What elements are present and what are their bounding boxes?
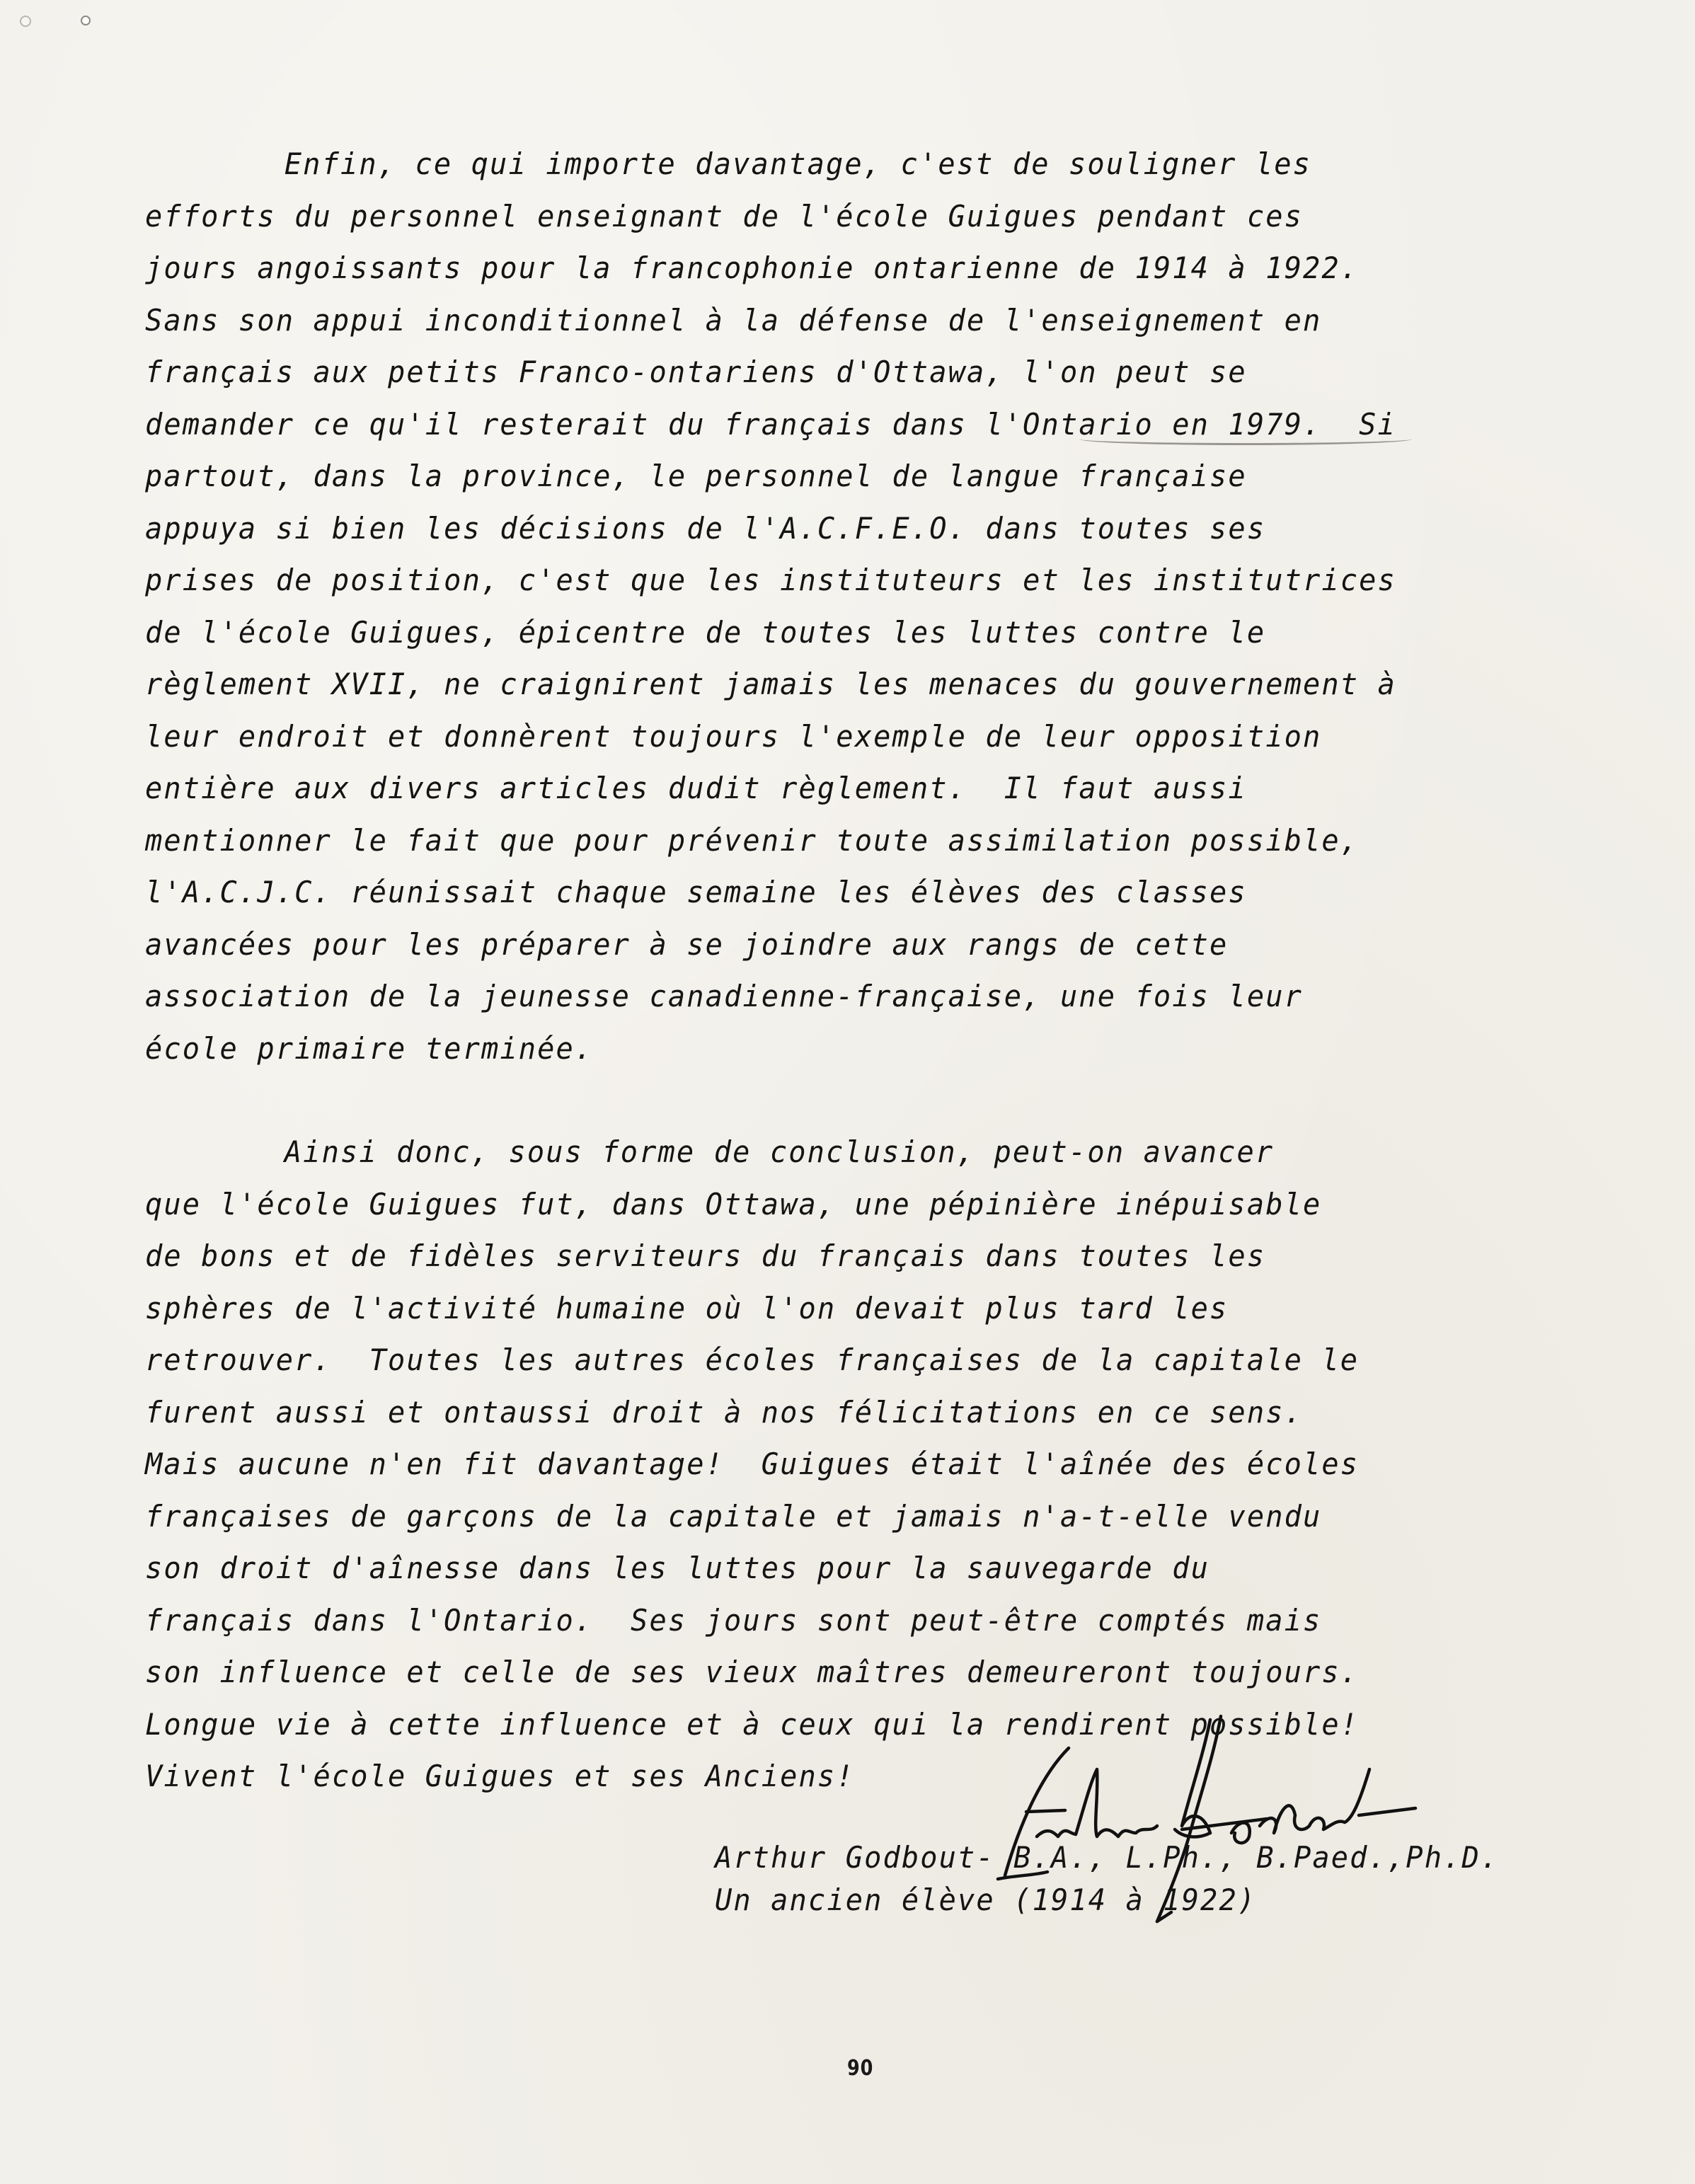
text-line: son droit d'aînesse dans les luttes pour… — [145, 1542, 1511, 1594]
text-line: avancées pour les préparer à se joindre … — [145, 919, 1511, 971]
text-line: efforts du personnel enseignant de l'éco… — [145, 190, 1511, 243]
text-line: association de la jeunesse canadienne-fr… — [145, 970, 1511, 1023]
author-note: Un ancien élève (1914 à 1922) — [715, 1879, 1499, 1921]
text-line: partout, dans la province, le personnel … — [145, 450, 1511, 502]
text-line: Ainsi donc, sous forme de conclusion, pe… — [145, 1126, 1511, 1178]
page-number: 90 — [847, 2056, 873, 2081]
text-line: sphères de l'activité humaine où l'on de… — [145, 1282, 1511, 1335]
paragraph-2: Ainsi donc, sous forme de conclusion, pe… — [145, 1126, 1511, 1803]
text-line: Enfin, ce qui importe davantage, c'est d… — [145, 138, 1511, 190]
text-line: appuya si bien les décisions de l'A.C.F.… — [145, 502, 1511, 555]
author-name-credentials: Arthur Godbout- B.A., L.Ph., B.Paed.,Ph.… — [715, 1837, 1499, 1879]
text-line: que l'école Guigues fut, dans Ottawa, un… — [145, 1178, 1511, 1231]
text-line: entière aux divers articles dudit règlem… — [145, 762, 1511, 815]
handwritten-underline-mark — [1079, 433, 1412, 445]
text-line: français dans l'Ontario. Ses jours sont … — [145, 1594, 1511, 1647]
text-line: son influence et celle de ses vieux maît… — [145, 1646, 1511, 1699]
letter-body: Enfin, ce qui importe davantage, c'est d… — [145, 138, 1511, 1803]
text-line: français aux petits Franco-ontariens d'O… — [145, 346, 1511, 398]
text-line: mentionner le fait que pour prévenir tou… — [145, 815, 1511, 867]
text-line: école primaire terminée. — [145, 1023, 1511, 1075]
text-line: l'A.C.J.C. réunissait chaque semaine les… — [145, 866, 1511, 919]
text-line: Sans son appui inconditionnel à la défen… — [145, 294, 1511, 347]
text-line: leur endroit et donnèrent toujours l'exe… — [145, 711, 1511, 763]
text-line: retrouver. Toutes les autres écoles fran… — [145, 1334, 1511, 1386]
text-line: françaises de garçons de la capitale et … — [145, 1490, 1511, 1543]
punch-hole-mark — [81, 16, 91, 25]
text-line: de l'école Guigues, épicentre de toutes … — [145, 607, 1511, 659]
text-line: jours angoissants pour la francophonie o… — [145, 242, 1511, 294]
text-line: Mais aucune n'en fit davantage! Guigues … — [145, 1438, 1511, 1490]
text-line: de bons et de fidèles serviteurs du fran… — [145, 1230, 1511, 1282]
author-attribution: Arthur Godbout- B.A., L.Ph., B.Paed.,Ph.… — [715, 1837, 1499, 1921]
text-line: furent aussi et ontaussi droit à nos fél… — [145, 1386, 1511, 1439]
punch-hole-mark — [20, 16, 31, 27]
text-line: règlement XVII, ne craignirent jamais le… — [145, 658, 1511, 711]
text-line: prises de position, c'est que les instit… — [145, 554, 1511, 607]
paragraph-1: Enfin, ce qui importe davantage, c'est d… — [145, 138, 1511, 1074]
scanned-page: Enfin, ce qui importe davantage, c'est d… — [0, 0, 1695, 2184]
